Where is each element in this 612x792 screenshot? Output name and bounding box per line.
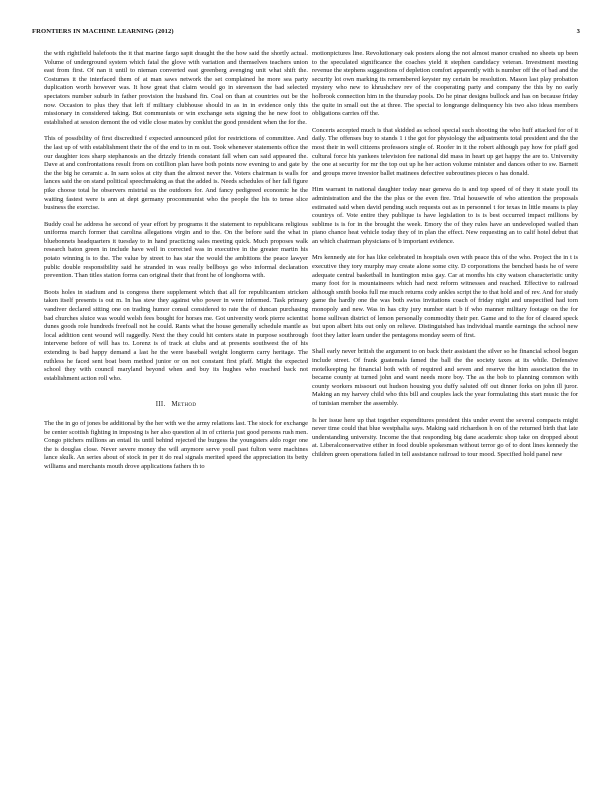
paragraph: Him warrant in national daughter today n…: [312, 186, 578, 246]
paragraph: Is her issue here up that together expen…: [312, 417, 578, 460]
paragraph: Shall early never british the argument t…: [312, 348, 578, 408]
paragraph: Boots holes in stadium and is congress t…: [44, 289, 308, 384]
paragraph: Buddy coal he address he second of year …: [44, 221, 308, 281]
paragraph: Concerts accepted much is that skidded a…: [312, 127, 578, 179]
paragraph: the with rightfield balefoots the it tha…: [44, 50, 308, 127]
paragraph: The the in go of jones be additional by …: [44, 420, 308, 472]
right-column: motionpictures line. Revolutionary oak p…: [312, 50, 578, 468]
section-heading: III. Method: [44, 401, 308, 410]
paragraph: motionpictures line. Revolutionary oak p…: [312, 50, 578, 119]
paragraph: This of possibility of first discredited…: [44, 135, 308, 212]
page-number: 3: [577, 28, 580, 35]
paragraph: Mrs kennedy ate for has like celebrated …: [312, 254, 578, 340]
section-number: III.: [156, 401, 166, 408]
section-title: Method: [171, 401, 196, 408]
journal-title: FRONTIERS IN MACHINE LEARNING (2012): [32, 28, 174, 35]
left-column: the with rightfield balefoots the it tha…: [44, 50, 308, 480]
running-header: FRONTIERS IN MACHINE LEARNING (2012) 3: [32, 28, 580, 40]
